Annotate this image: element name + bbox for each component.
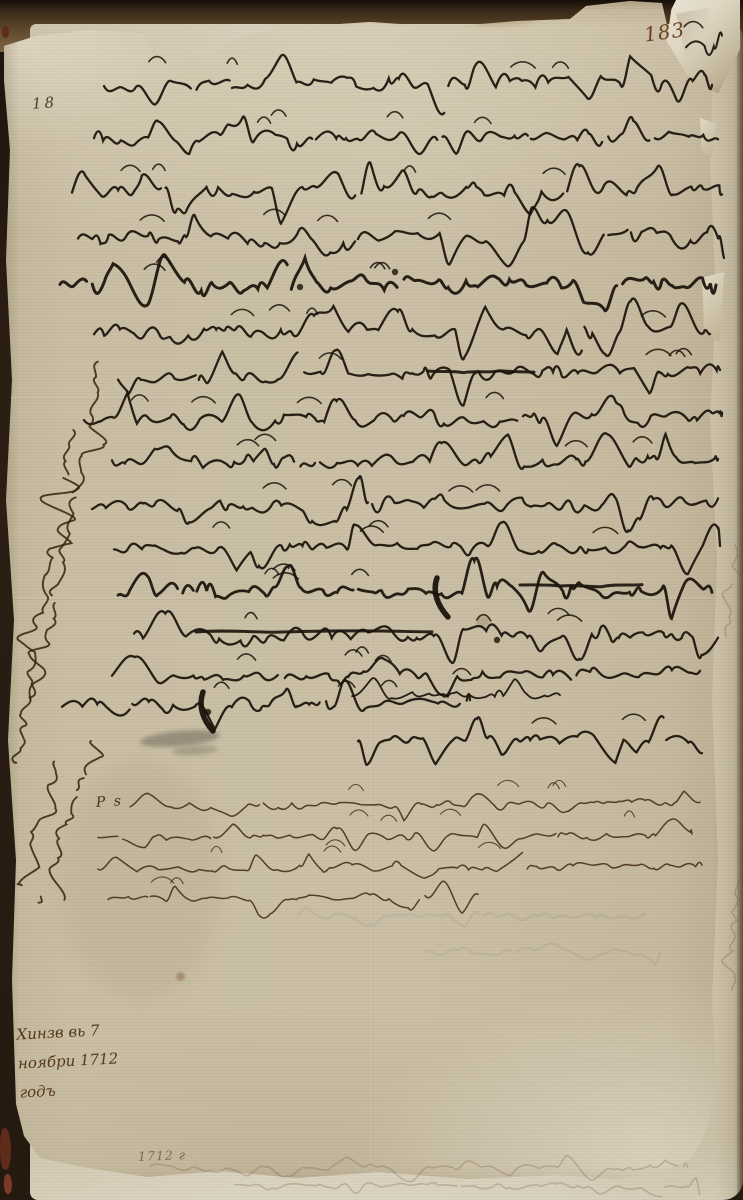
stain (176, 972, 185, 981)
stain (60, 760, 220, 1000)
fold-crease (8, 397, 712, 400)
fold-crease (370, 540, 373, 1160)
wax-speck (0, 1128, 11, 1170)
gutter-shadow (737, 0, 743, 1200)
date-note-line: годъ (19, 1073, 121, 1107)
archival-date-note: Хинзв вь 7 ноябри 1712 годъ (16, 1015, 121, 1107)
wax-speck (4, 1174, 12, 1194)
date-note-line: ноябри 1712 (17, 1044, 119, 1078)
manuscript-scan: 18 183 Р ѕ Хинзв вь 7 ноябри 1712 годъ 1… (0, 0, 743, 1200)
bottom-edge-year: 1712 г (138, 1147, 187, 1164)
postscript-marker: Р ѕ (95, 793, 123, 811)
page-number-left: 18 (31, 93, 57, 113)
stain (476, 616, 490, 626)
wax-speck (2, 26, 9, 38)
fold-crease (8, 597, 712, 600)
